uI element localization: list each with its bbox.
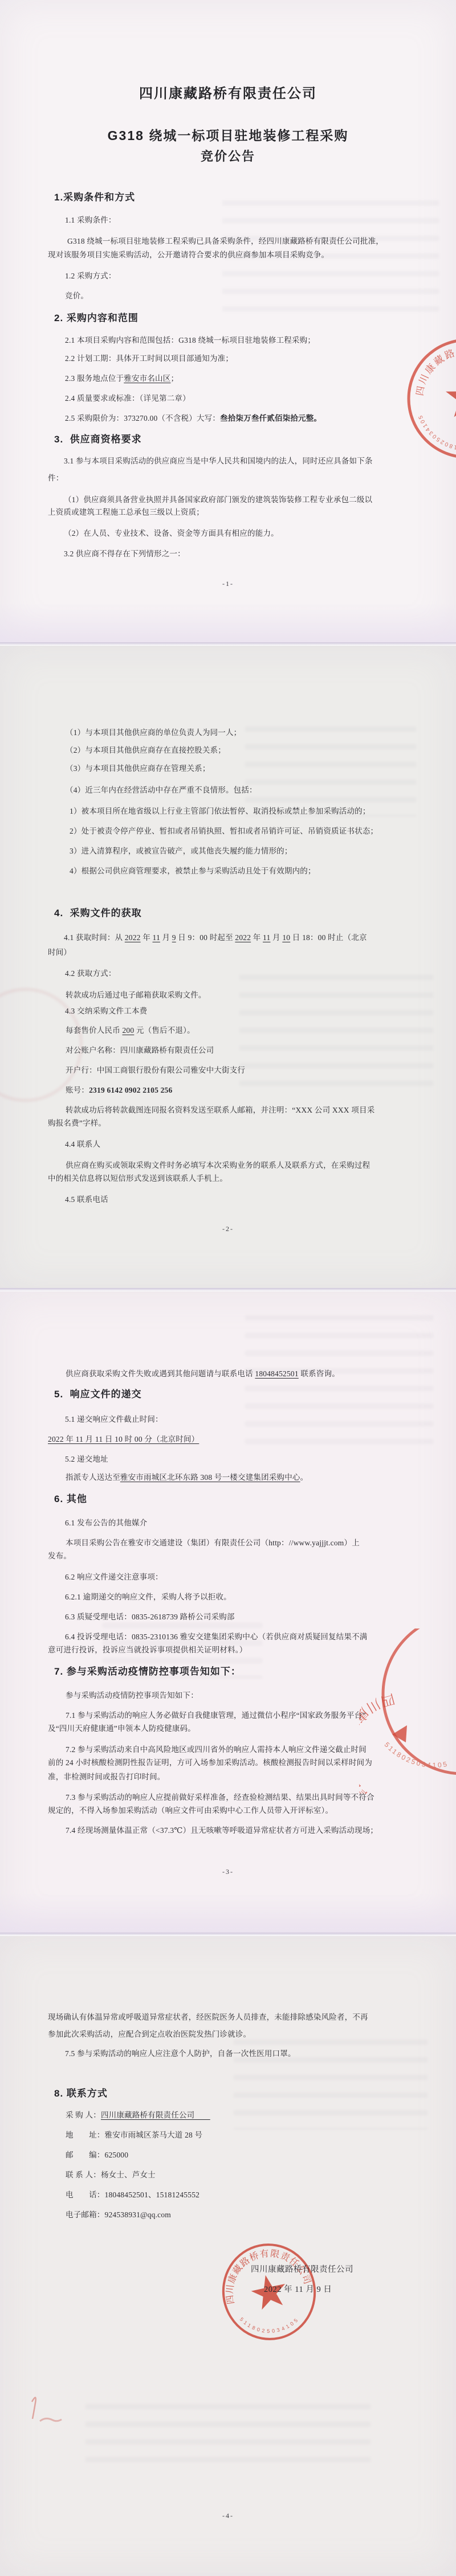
text-line: 7.4 经现场测量体温正常（<37.3℃）且无咳嗽等呼吸道异常症状者方可进入采购… [66, 1826, 378, 1836]
section-heading: 2. 采购内容和范围 [54, 312, 139, 324]
text-line: 每套售价人民币 200 元（售后不退）。 [66, 1026, 195, 1036]
stamp-bleedthrough-ring [0, 988, 83, 1102]
section-heading: 7. 参与采购活动疫情防控事项告知如下： [54, 1666, 241, 1677]
text-segment: 4.2 获取方式： [65, 969, 116, 978]
text-line: 1）被本项目所在地省级以上行业主管部门依法暂停、取消投标或禁止参加采购活动的； [70, 807, 370, 817]
text-segment: 7. 参与采购活动疫情防控事项告知如下： [54, 1666, 241, 1677]
text-segment: 7.3 参与采购活动的响应人应提前做好采样准备，经查验检测结果、结果出具时间等不… [66, 1793, 374, 1802]
text-segment: 元（售后不退）。 [134, 1026, 194, 1035]
text-line: 联 系 人：杨女士、芦女士 [66, 2171, 156, 2180]
text-segment: 时间） [48, 948, 71, 957]
text-segment: 前的 24 小时核酸检测阴性报告证明，方可入场参加采购活动。核酸检测报告时间以采… [48, 1758, 372, 1767]
text-segment: 6. 其他 [54, 1494, 87, 1504]
doc-title-line: 竞价公告 [0, 149, 456, 165]
text-segment: 11 [263, 933, 270, 942]
text-line: 4.4 联系人 [65, 1140, 100, 1150]
text-segment: 2022 [235, 933, 251, 942]
scanned-document: { "seal": { "company": "四川康藏路桥有限责任公司", "… [0, 0, 456, 2576]
text-line: （1）供应商须具备营业执照并具备国家政府部门颁发的建筑装饰装修工程专业承包二级以 [64, 495, 372, 505]
text-line: 中的相关信息将以短信形式发送到该联系人手机上。 [48, 1174, 227, 1184]
text-line: （2）在人员、专业技术、设备、资金等方面具有相应的能力。 [64, 529, 279, 539]
text-segment: G318 绕城一标项目驻地装修工程采购 [108, 128, 349, 143]
svg-text:5118025034105: 5118025034105 [417, 413, 456, 452]
text-segment: 邮 编：625000 [66, 2151, 128, 2159]
text-segment: 4.4 联系人 [65, 1140, 100, 1148]
text-line: 电 话：18048452501、15181245552 [66, 2191, 199, 2200]
text-segment: 规定的，不得入场参加采购活动（响应文件可由采购中心工作人员带入开评标室）。 [48, 1806, 333, 1815]
seal-number-text: 5118025034105 [417, 413, 456, 452]
text-line: 4.3 交纳采购文件工本费 [65, 1007, 147, 1016]
text-segment: -3- [222, 1868, 234, 1876]
text-segment: 7.4 经现场测量体温正常（<37.3℃）且无咳嗽等呼吸道异常症状者方可进入采购… [66, 1826, 378, 1835]
text-segment: 意可进行投诉，投诉应当就投诉事项提供相关证明材料。） [48, 1646, 247, 1654]
text-segment: 竞价公告 [201, 149, 255, 163]
text-line: 发布。 [48, 1552, 71, 1561]
text-line: 6.4 投诉受理电话：0835-2310136 雅安交建集团采购中心（若供应商对… [65, 1632, 367, 1642]
text-segment: 3.1 参与本项目采购活动的供应商应当是中华人民共和国境内的法人，同时还应具备如… [64, 457, 373, 465]
text-segment: 7.5 参与采购活动的响应人应注意个人防护，自备一次性医用口罩。 [65, 2049, 296, 2058]
text-segment: 1.采购条件和方式 [54, 192, 135, 203]
text-line: 及“四川天府健康通”申领本人防疫健康码。 [48, 1724, 196, 1734]
signature-line: 2022 年 11 月 9 日 [264, 2284, 332, 2295]
text-segment: 3.2 供应商不得存在下列情形之一： [64, 549, 185, 558]
text-segment: 供应商在购买或领取采购文件时务必填写本次采购业务的联系人及联系方式，在采购过程 [66, 1161, 370, 1170]
text-segment: 9 [172, 933, 176, 942]
text-line: 6.2 响应文件递交注意事项： [65, 1573, 163, 1582]
text-line: 1.2 采购方式： [65, 272, 116, 281]
text-line: 件： [48, 474, 63, 483]
text-line: 转款成功后通过电子邮箱获取采购文件。 [66, 991, 206, 1000]
text-segment: 6.2 响应文件递交注意事项： [65, 1573, 163, 1581]
page-number: -1- [0, 580, 456, 588]
section-heading: 1.采购条件和方式 [54, 191, 135, 203]
text-line: 6.2.1 逾期递交的响应文件，采购人将予以拒收。 [65, 1593, 231, 1602]
text-segment: 中的相关信息将以短信形式发送到该联系人手机上。 [48, 1174, 227, 1183]
text-segment: 7.1 参与采购活动的响应人务必做好自我健康管理，通过微信小程序“国家政务服务平… [66, 1711, 366, 1720]
text-segment: 年 [141, 933, 153, 942]
text-segment: 2.4 质量要求或标准：（详见第二章） [65, 394, 190, 403]
text-segment: 参加此次采购活动，应配合到定点收治医院发热门诊就诊。 [48, 2030, 251, 2038]
text-line: 前的 24 小时核酸检测阴性报告证明，方可入场参加采购活动。核酸检测报告时间以采… [48, 1758, 372, 1768]
text-line: 3.1 参与本项目采购活动的供应商应当是中华人民共和国境内的法人，同时还应具备如… [64, 457, 373, 466]
text-segment: 上资质或建筑工程施工总承包三级以上资质； [48, 508, 204, 516]
page-number: -4- [0, 2512, 456, 2520]
text-line: 供应商在购买或领取采购文件时务必填写本次采购业务的联系人及联系方式，在采购过程 [66, 1161, 370, 1171]
text-segment: 2022 年 11 月 9 日 [264, 2285, 332, 2294]
text-segment: （1）供应商须具备营业执照并具备国家政府部门颁发的建筑装饰装修工程专业承包二级以 [64, 495, 372, 504]
text-segment: 。 [300, 1473, 308, 1482]
text-line: 准，非检测时间或报告打印时间。 [48, 1773, 165, 1782]
section-heading: 4. 采购文件的获取 [54, 907, 142, 919]
text-line: 规定的，不得入场参加采购活动（响应文件可由采购中心工作人员带入开评标室）。 [48, 1806, 333, 1816]
page-number: -2- [0, 1225, 456, 1233]
text-line: 2.3 服务地点位于雅安市名山区； [65, 374, 178, 384]
ink-bleed-artifact [245, 1303, 433, 1457]
text-segment: 月 [160, 933, 172, 942]
text-segment: 每套售价人民币 [66, 1026, 122, 1035]
text-segment: 四川康藏路桥有限责任公司 [139, 86, 317, 101]
text-segment: 联系咨询。 [299, 1369, 340, 1378]
seal-arc-text: 四川康藏路桥有限责任公司 [359, 1691, 414, 1794]
seal-arc-text: 四川康藏路桥有限责任公司 [414, 345, 456, 398]
page-2: （1）与本项目其他供应商的单位负责人为同一人；（2）与本项目其他供应商存在直接控… [0, 646, 456, 1288]
ink-bleed-artifact [239, 962, 433, 1093]
text-segment: 及“四川天府健康通”申领本人防疫健康码。 [48, 1724, 196, 1733]
text-segment: 雅安市名山区 [124, 374, 170, 383]
text-segment: 开户行：中国工商银行股份有限公司雅安中大街支行 [66, 1066, 245, 1074]
text-line: 7.2 参与采购活动来自中高风险地区或四川省外的响应人需持本人响应文件递交截止时… [66, 1745, 367, 1755]
text-segment: 7.2 参与采购活动来自中高风险地区或四川省外的响应人需持本人响应文件递交截止时… [66, 1745, 367, 1754]
section-heading: 3. 供应商资格要求 [54, 433, 142, 445]
doc-title-line: 四川康藏路桥有限责任公司 [0, 85, 456, 102]
doc-title-line: G318 绕城一标项目驻地装修工程采购 [0, 128, 456, 144]
svg-text:5118025034105: 5118025034105 [238, 2305, 303, 2341]
text-line: 4.5 联系电话 [65, 1195, 108, 1205]
ink-bleed-artifact [245, 714, 416, 817]
text-segment: 供应商获取采购文件失败或遇到其他问题请与联系电话 [66, 1369, 255, 1378]
text-line: 指派专人送达至雅安市雨城区北环东路 308 号一楼交建集团采购中心。 [66, 1473, 308, 1483]
text-line: 购报名费”字样。 [48, 1119, 106, 1129]
text-line: 2.1 本项目采购内容和范围包括：G318 绕城一标项目驻地装修工程采购； [65, 336, 315, 346]
text-line: 2.5 采购限价为：373270.00（不含税）大写：叁拾柒万叁仟贰佰柒拾元整。 [65, 414, 321, 424]
text-segment: 5.1 递交响应文件截止时间： [65, 1415, 163, 1424]
text-line: 2.2 计划工期：具体开工时间以项目部通知为准； [65, 354, 233, 364]
text-segment: 本项目采购公告在雅安市交通建设（集团）有限责任公司（http：//www.yaj… [66, 1539, 360, 1547]
text-segment: G318 绕城一标项目驻地装修工程采购已具备采购条件，经四川康藏路桥有限责任公司… [67, 237, 384, 245]
text-line: 4.2 获取方式： [65, 969, 116, 979]
text-line: 2022 年 11 月 11 日 10 时 00 分（北京时间） [48, 1435, 199, 1445]
text-segment: 1.1 采购条件： [65, 216, 116, 224]
text-line: 现场确认有体温异常或呼吸道异常症状者，经医院医务人员排查，未能排除感染风险者，不… [48, 2013, 368, 2023]
text-segment: 1.2 采购方式： [65, 272, 116, 280]
text-segment: 2022 年 11 月 11 日 10 时 00 分（北京时间） [48, 1435, 199, 1443]
text-segment: 四川康藏路桥有限责任公司 [101, 2111, 210, 2119]
text-segment: -1- [222, 580, 234, 588]
text-line: 1.1 采购条件： [65, 216, 116, 225]
text-segment: ； [170, 374, 178, 383]
text-segment: 地 址：雅安市雨城区茶马大道 28 号 [66, 2131, 202, 2139]
text-segment: 参与采购活动疫情防控事项告知如下： [66, 1691, 198, 1700]
text-segment: 对公账户名称：四川康藏路桥有限责任公司 [66, 1046, 214, 1055]
text-line: 采 购 人：四川康藏路桥有限责任公司 [66, 2111, 210, 2120]
text-segment: 3）进入清算程序，或被宣告破产，或其他丧失履约能力情形的； [70, 847, 292, 855]
text-segment: 10 [282, 933, 290, 942]
text-line: 本项目采购公告在雅安市交通建设（集团）有限责任公司（http：//www.yaj… [66, 1539, 360, 1548]
text-line: G318 绕城一标项目驻地装修工程采购已具备采购条件，经四川康藏路桥有限责任公司… [67, 237, 384, 247]
text-line: 7.1 参与采购活动的响应人务必做好自我健康管理，通过微信小程序“国家政务服务平… [66, 1711, 366, 1721]
text-segment: 2.2 计划工期：具体开工时间以项目部通知为准； [65, 354, 233, 363]
text-segment: 竞价。 [65, 292, 88, 300]
seal-star-icon [446, 376, 456, 417]
text-segment: -4- [222, 2512, 234, 2520]
text-line: 竞价。 [65, 292, 88, 301]
text-segment: 联 系 人：杨女士、芦女士 [66, 2171, 156, 2179]
text-segment: 18048452501 [255, 1369, 298, 1378]
seal-star-tip-icon [392, 1725, 407, 1742]
page-3: 四川康藏路桥有限责任公司 5118025034105 供应商获取采购文件失败或遇… [0, 1291, 456, 1933]
page-1: 四川康藏路桥有限责任公司 5118025034105 四川康藏路桥有限责任公司G… [0, 0, 456, 642]
text-segment: （1）与本项目其他供应商的单位负责人为同一人； [66, 728, 241, 737]
text-line: 6.3 质疑受理电话：0835-2618739 路桥公司采购部 [65, 1613, 235, 1622]
text-segment: 现对该服务项目实施采购活动，公开邀请符合要求的供应商参加本项目采购竞争。 [48, 251, 329, 259]
text-segment: （2）在人员、专业技术、设备、资金等方面具有相应的能力。 [64, 529, 279, 538]
text-line: 参加此次采购活动，应配合到定点收治医院发热门诊就诊。 [48, 2030, 251, 2040]
text-segment: 购报名费”字样。 [48, 1119, 106, 1127]
ink-bleed-artifact [234, 2027, 427, 2130]
text-segment: 1）被本项目所在地省级以上行业主管部门依法暂停、取消投标或禁止参加采购活动的； [70, 807, 370, 815]
text-segment: 指派专人送达至 [66, 1473, 120, 1482]
text-segment: 月 [270, 933, 282, 942]
text-segment: 叁拾柒万叁仟贰佰柒拾元整。 [220, 414, 321, 423]
text-segment: 发布。 [48, 1552, 71, 1560]
text-segment: 4）根据公司供应商管理要求，被禁止参与采购活动且处于有效期内的； [70, 867, 316, 875]
text-line: 7.5 参与采购活动的响应人应注意个人防护，自备一次性医用口罩。 [65, 2049, 296, 2059]
text-line: 参与采购活动疫情防控事项告知如下： [66, 1691, 198, 1701]
text-segment: 2.5 采购限价为：373270.00（不含税）大写： [65, 414, 220, 423]
text-segment: 5. 响应文件的递交 [54, 1389, 142, 1400]
text-segment: 5.2 递交地址 [65, 1455, 108, 1463]
text-line: 时间） [48, 948, 71, 958]
text-line: 7.3 参与采购活动的响应人应提前做好采样准备，经查验检测结果、结果出具时间等不… [66, 1793, 374, 1803]
text-segment: 4. 采购文件的获取 [54, 908, 142, 918]
seal-number-text: 5118025034105 [238, 2305, 303, 2341]
text-segment: 准，非检测时间或报告打印时间。 [48, 1773, 165, 1781]
text-segment: 2.3 服务地点位于 [65, 374, 124, 383]
text-segment: 日 18：00 时止（北京 [290, 933, 367, 942]
text-segment: 6.1 发布公告的其他媒介 [65, 1519, 147, 1527]
text-line: 电子邮箱：924538931@qq.com [66, 2210, 171, 2220]
text-segment: 年 [251, 933, 263, 942]
red-pen-smudge [24, 2392, 75, 2437]
text-line: 6.1 发布公告的其他媒介 [65, 1519, 147, 1528]
text-segment: 日 9：00 时起至 [176, 933, 235, 942]
text-line: 对公账户名称：四川康藏路桥有限责任公司 [66, 1046, 214, 1056]
text-segment: 2022 [125, 933, 141, 942]
section-heading: 5. 响应文件的递交 [54, 1388, 142, 1400]
text-segment: 6.2.1 逾期递交的响应文件，采购人将予以拒收。 [65, 1593, 231, 1601]
text-segment: 6.4 投诉受理电话：0835-2310136 雅安交建集团采购中心（若供应商对… [65, 1632, 367, 1641]
text-line: （2）与本项目其他供应商存在直接控股关系； [66, 746, 226, 756]
text-line: 3.2 供应商不得存在下列情形之一： [64, 549, 185, 559]
text-segment: 现场确认有体温异常或呼吸道异常症状者，经医院医务人员排查，未能排除感染风险者，不… [48, 2013, 368, 2021]
text-line: （1）与本项目其他供应商的单位负责人为同一人； [66, 728, 241, 738]
text-segment: 四川康藏路桥有限责任公司 [251, 2265, 353, 2274]
text-segment: （3）与本项目其他供应商存在管理关系； [66, 764, 210, 773]
text-segment: 200 [122, 1026, 134, 1035]
text-line: 地 址：雅安市雨城区茶马大道 28 号 [66, 2131, 202, 2140]
text-segment: 2. 采购内容和范围 [54, 313, 139, 323]
ink-bleed-artifact [85, 2392, 370, 2466]
text-segment: 电 话：18048452501、15181245552 [66, 2191, 199, 2199]
text-segment: 件： [48, 474, 63, 482]
text-segment: 4.5 联系电话 [65, 1195, 108, 1204]
text-line: 转款成功后将转款截图连同报名资料发送至联系人邮箱，并注明：“XXX 公司 XXX… [66, 1106, 374, 1115]
text-line: 5.1 递交响应文件截止时间： [65, 1415, 163, 1425]
text-segment: 6.3 质疑受理电话：0835-2618739 路桥公司采购部 [65, 1613, 235, 1621]
text-segment: 2）处于被责令停产停业、暂扣或者吊销执照、暂扣或者吊销许可证、吊销资质证书状态； [70, 827, 378, 835]
page-4: 四川康藏路桥有限责任公司 5118025034105 现场确认有体温异常或呼吸道… [0, 1936, 456, 2576]
text-line: （4）近三年内在经营活动中存在严重不良情形。包括： [66, 786, 257, 795]
text-line: 邮 编：625000 [66, 2151, 128, 2160]
text-line: 3）进入清算程序，或被宣告破产，或其他丧失履约能力情形的； [70, 847, 292, 856]
text-line: 现对该服务项目实施采购活动，公开邀请符合要求的供应商参加本项目采购竞争。 [48, 251, 329, 260]
text-line: 供应商获取采购文件失败或遇到其他问题请与联系电话 18048452501 联系咨… [66, 1369, 340, 1379]
text-segment: 4.1 获取时间：从 [64, 933, 125, 942]
text-line: 上资质或建筑工程施工总承包三级以上资质； [48, 508, 204, 518]
text-segment: 11 [153, 933, 160, 942]
text-segment: 转款成功后将转款截图连同报名资料发送至联系人邮箱，并注明：“XXX 公司 XXX… [66, 1106, 374, 1114]
text-segment: 3. 供应商资格要求 [54, 434, 142, 445]
section-heading: 8. 联系方式 [54, 2087, 108, 2099]
section-heading: 6. 其他 [54, 1493, 87, 1505]
text-line: 2）处于被责令停产停业、暂扣或者吊销执照、暂扣或者吊销许可证、吊销资质证书状态； [70, 827, 378, 836]
text-segment: 8. 联系方式 [54, 2088, 108, 2099]
text-segment: 4.3 交纳采购文件工本费 [65, 1007, 147, 1015]
text-segment: 2.1 本项目采购内容和范围包括：G318 绕城一标项目驻地装修工程采购； [65, 336, 315, 344]
seal-number-text: 5118025034105 [383, 1741, 450, 1769]
text-line: （3）与本项目其他供应商存在管理关系； [66, 764, 210, 774]
text-segment: 2319 6142 0902 2105 256 [89, 1086, 172, 1094]
text-line: 5.2 递交地址 [65, 1455, 108, 1465]
svg-text:四川康藏路桥有限责任公司: 四川康藏路桥有限责任公司 [359, 1691, 414, 1794]
company-seal-stamp-partial: 四川康藏路桥有限责任公司 5118025034105 [388, 330, 456, 478]
svg-text:5118025034105: 5118025034105 [383, 1741, 450, 1769]
text-line: 意可进行投诉，投诉应当就投诉事项提供相关证明材料。） [48, 1646, 247, 1655]
text-segment: 账号： [66, 1086, 89, 1094]
text-segment: 转款成功后通过电子邮箱获取采购文件。 [66, 991, 206, 999]
signature-line: 四川康藏路桥有限责任公司 [251, 2265, 353, 2275]
text-segment: 雅安市雨城区北环东路 308 号一楼交建集团采购中心 [120, 1473, 300, 1482]
text-segment: 电子邮箱：924538931@qq.com [66, 2210, 171, 2219]
text-segment: -2- [222, 1225, 234, 1233]
text-segment: 采 购 人： [66, 2111, 101, 2119]
text-segment: （4）近三年内在经营活动中存在严重不良情形。包括： [66, 786, 257, 794]
text-line: 账号：2319 6142 0902 2105 256 [66, 1086, 172, 1096]
text-segment: （2）与本项目其他供应商存在直接控股关系； [66, 746, 226, 754]
text-line: 开户行：中国工商银行股份有限公司雅安中大街支行 [66, 1066, 245, 1076]
text-line: 4）根据公司供应商管理要求，被禁止参与采购活动且处于有效期内的； [70, 867, 316, 876]
text-line: 4.1 获取时间：从 2022 年 11 月 9 日 9：00 时起至 2022… [64, 933, 367, 943]
svg-text:四川康藏路桥有限责任公司: 四川康藏路桥有限责任公司 [414, 345, 456, 398]
text-line: 2.4 质量要求或标准：（详见第二章） [65, 394, 190, 404]
page-number: -3- [0, 1868, 456, 1876]
company-seal-stamp-partial: 四川康藏路桥有限责任公司 5118025034105 [359, 1629, 456, 1794]
